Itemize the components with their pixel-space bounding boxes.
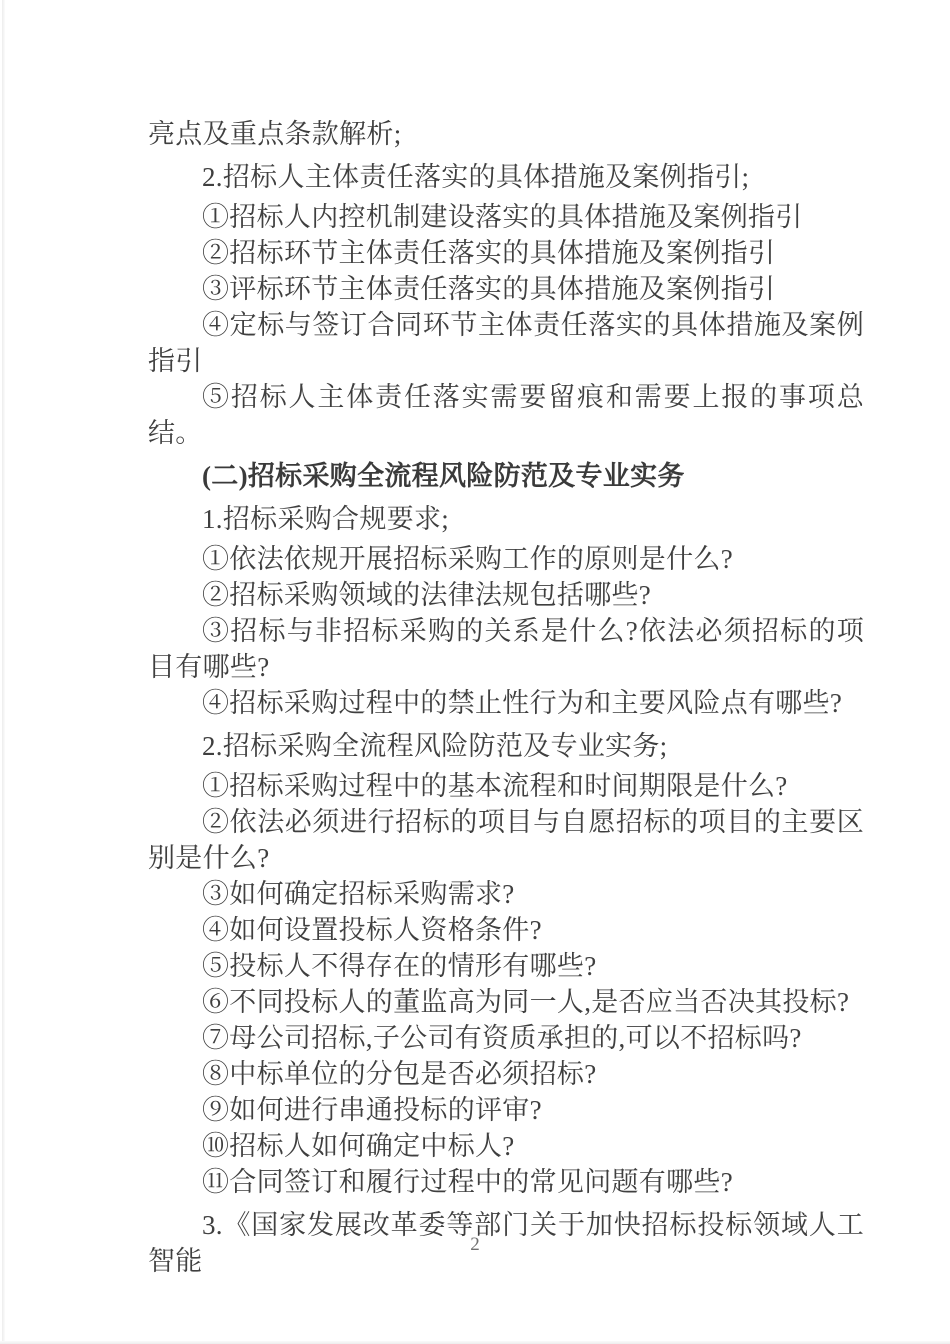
circled-list-item: ①招标人内控机制建设落实的具体措施及案例指引: [148, 199, 864, 235]
document-body: 亮点及重点条款解析; 2.招标人主体责任落实的具体措施及案例指引; ①招标人内控…: [148, 116, 864, 1283]
numbered-item: 2.招标人主体责任落实的具体措施及案例指引;: [148, 159, 864, 195]
circled-list-item: ⑨如何进行串通投标的评审?: [148, 1092, 864, 1128]
circled-list-item: ⑤招标人主体责任落实需要留痕和需要上报的事项总结。: [148, 379, 864, 451]
circled-list-item: ⑩招标人如何确定中标人?: [148, 1128, 864, 1164]
circled-list-item: ③评标环节主体责任落实的具体措施及案例指引: [148, 271, 864, 307]
circled-list-item: ①招标采购过程中的基本流程和时间期限是什么?: [148, 768, 864, 804]
circled-list-item: ⑤投标人不得存在的情形有哪些?: [148, 948, 864, 984]
numbered-item: 2.招标采购全流程风险防范及专业实务;: [148, 728, 864, 764]
section-heading: (二)招标采购全流程风险防范及专业实务: [148, 458, 864, 494]
circled-list-item: ⑥不同投标人的董监高为同一人,是否应当否决其投标?: [148, 984, 864, 1020]
circled-list-item: ④如何设置投标人资格条件?: [148, 912, 864, 948]
circled-list-item: ②招标环节主体责任落实的具体措施及案例指引: [148, 235, 864, 271]
document-page: { "document": { "paragraphs": [ { "text"…: [0, 0, 950, 1344]
paragraph-continuation: 亮点及重点条款解析;: [148, 116, 864, 152]
circled-list-item: ②招标采购领域的法律法规包括哪些?: [148, 577, 864, 613]
circled-list-item: ④定标与签订合同环节主体责任落实的具体措施及案例指引: [148, 307, 864, 379]
circled-list-item: ⑧中标单位的分包是否必须招标?: [148, 1056, 864, 1092]
circled-list-item: ③招标与非招标采购的关系是什么?依法必须招标的项目有哪些?: [148, 613, 864, 685]
page-edge-left: [2, 0, 5, 1344]
numbered-item: 1.招标采购合规要求;: [148, 501, 864, 537]
circled-list-item: ⑦母公司招标,子公司有资质承担的,可以不招标吗?: [148, 1020, 864, 1056]
circled-list-item: ①依法依规开展招标采购工作的原则是什么?: [148, 541, 864, 577]
circled-list-item: ③如何确定招标采购需求?: [148, 876, 864, 912]
circled-list-item: ②依法必须进行招标的项目与自愿招标的项目的主要区别是什么?: [148, 804, 864, 876]
circled-list-item: ④招标采购过程中的禁止性行为和主要风险点有哪些?: [148, 685, 864, 721]
circled-list-item: ⑪合同签订和履行过程中的常见问题有哪些?: [148, 1164, 864, 1200]
page-number: 2: [0, 1234, 950, 1256]
